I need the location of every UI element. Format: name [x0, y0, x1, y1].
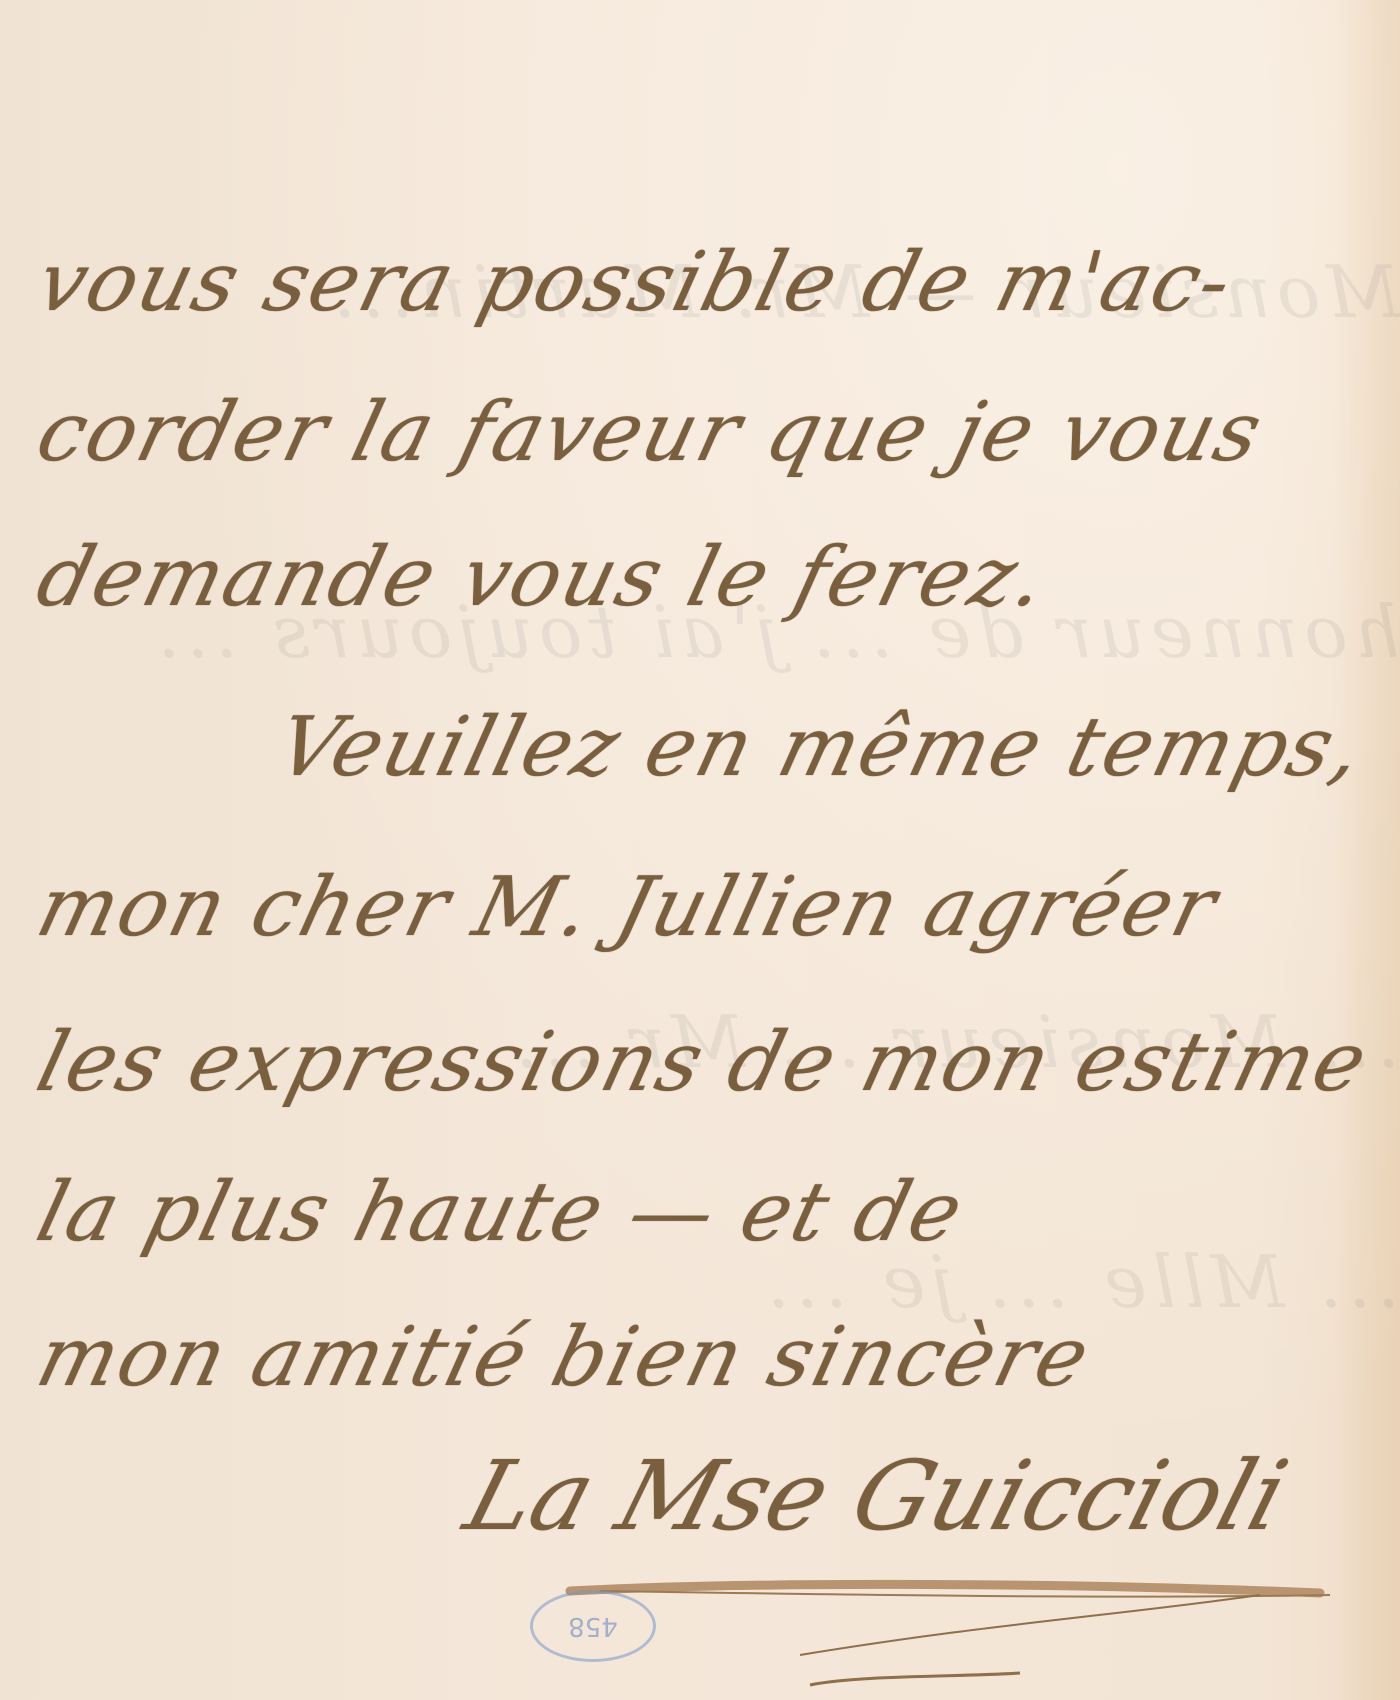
- letter-line: les expressions de mon estime: [28, 1015, 1377, 1110]
- signature-flourish: [560, 1555, 1340, 1695]
- letter-page: Monsieur — Mr. Martin... honneur de ... …: [0, 0, 1400, 1700]
- signature: La Mse Guiccioli: [454, 1440, 1299, 1552]
- letter-line: corder la faveur que je vous: [28, 385, 1272, 480]
- letter-line: vous sera possible de m'ac-: [28, 235, 1243, 330]
- archive-stamp: 458: [530, 1590, 656, 1662]
- letter-line: demande vous le ferez.: [28, 530, 1057, 625]
- letter-line: mon amitié bien sincère: [28, 1310, 1100, 1405]
- letter-line: mon cher M. Jullien agréer: [28, 860, 1227, 955]
- letter-line: Veuillez en même temps,: [268, 700, 1373, 795]
- letter-line: la plus haute — et de: [28, 1165, 973, 1260]
